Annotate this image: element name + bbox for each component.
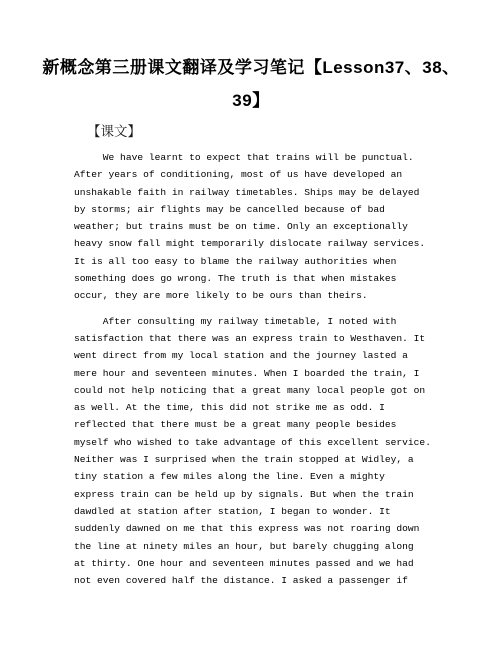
body-paragraph-2: After consulting my railway timetable, I…: [74, 313, 502, 590]
body-paragraph-1: We have learnt to expect that trains wil…: [74, 149, 502, 305]
section-label: 【课文】: [87, 123, 502, 140]
page-title: 新概念第三册课文翻译及学习笔记【Lesson37、38、 39】: [0, 0, 502, 117]
document-page: 新概念第三册课文翻译及学习笔记【Lesson37、38、 39】 【课文】 We…: [0, 0, 502, 649]
